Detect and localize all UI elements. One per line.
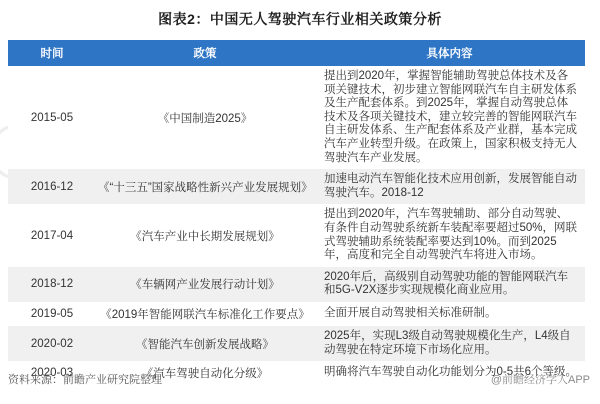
column-header-time: 时间 — [8, 40, 96, 66]
cell-time: 2020-02 — [8, 326, 96, 361]
cell-time: 2015-05 — [8, 66, 96, 169]
figure-footer: 资料来源：前瞻产业研究院整理 @前瞻经济学人APP — [8, 371, 590, 387]
cell-policy: 《智能汽车创新发展战略》 — [96, 326, 314, 361]
source-note: 资料来源：前瞻产业研究院整理 — [8, 371, 162, 387]
figure-title: 图表2：中国无人驾驶汽车行业相关政策分析 — [0, 9, 600, 29]
cell-policy: 《汽车产业中长期发展规划》 — [96, 204, 314, 266]
cell-policy: 《车辆网产业发展行动计划》 — [96, 267, 314, 302]
cell-time: 2017-04 — [8, 204, 96, 266]
cell-content: 提出到2020年，掌握智能辅助驾驶总体技术及各项关键技术，初步建立智能网联汽车自… — [314, 66, 585, 169]
cell-time: 2018-12 — [8, 267, 96, 302]
table-row: 2019-05 《2019年智能网联汽车标准化工作要点》 全面开展自动驾驶相关标… — [8, 302, 585, 326]
table-row: 2016-12 《“十三五”国家战略性新兴产业发展规划》 加速电动汽车智能化技术… — [8, 169, 585, 204]
table-row: 2018-12 《车辆网产业发展行动计划》 2020年后，高级别自动驾驶功能的智… — [8, 267, 585, 302]
column-header-policy: 政策 — [96, 40, 314, 66]
table-header-row: 时间 政策 具体内容 — [8, 40, 585, 66]
table-row: 2015-05 《中国制造2025》 提出到2020年，掌握智能辅助驾驶总体技术… — [8, 66, 585, 169]
column-header-content: 具体内容 — [314, 40, 585, 66]
table-row: 2017-04 《汽车产业中长期发展规划》 提出到2020年，汽车驾驶辅助、部分… — [8, 204, 585, 266]
report-figure: 前瞻产业研究院 前瞻产业研究院 前瞻产业研究院 前瞻产业研究院 前瞻产业研究院 … — [0, 0, 600, 404]
cell-policy: 《中国制造2025》 — [96, 66, 314, 169]
credit-note: @前瞻经济学人APP — [491, 371, 590, 387]
cell-time: 2016-12 — [8, 169, 96, 204]
cell-content: 全面开展自动驾驶相关标准研制。 — [314, 302, 585, 326]
cell-policy: 《2019年智能网联汽车标准化工作要点》 — [96, 302, 314, 326]
cell-content: 2020年后，高级别自动驾驶功能的智能网联汽车和5G-V2X逐步实现规模化商业应… — [314, 267, 585, 302]
cell-content: 提出到2020年，汽车驾驶辅助、部分自动驾驶、有条件自动驾驶系统新车装配率要超过… — [314, 204, 585, 266]
table-row: 2020-02 《智能汽车创新发展战略》 2025年，实现L3级自动驾驶规模化生… — [8, 326, 585, 361]
cell-time: 2019-05 — [8, 302, 96, 326]
cell-content: 加速电动汽车智能化技术应用创新，发展智能自动驾驶汽车。2018-12 — [314, 169, 585, 204]
policy-table: 时间 政策 具体内容 2015-05 《中国制造2025》 提出到2020年，掌… — [8, 40, 585, 385]
cell-content: 2025年，实现L3级自动驾驶规模化生产，L4级自动驾驶在特定环境下市场化应用。 — [314, 326, 585, 361]
cell-policy: 《“十三五”国家战略性新兴产业发展规划》 — [96, 169, 314, 204]
